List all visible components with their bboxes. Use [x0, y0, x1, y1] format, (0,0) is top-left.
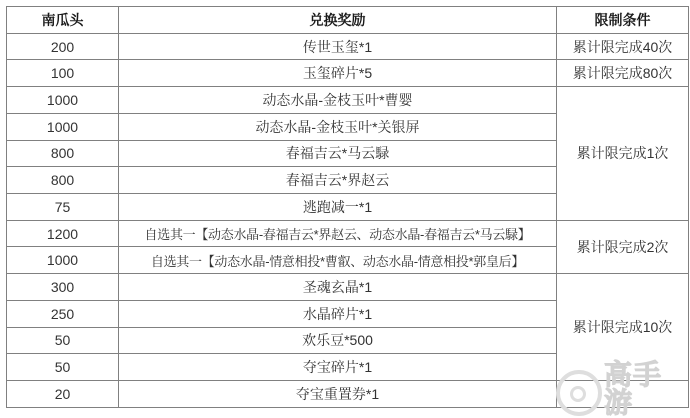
restriction-cell: 累计限完成1次 — [557, 87, 689, 221]
cost-cell: 100 — [7, 60, 119, 87]
cost-cell: 250 — [7, 300, 119, 327]
reward-cell: 传世玉玺*1 — [119, 33, 557, 60]
cost-cell: 50 — [7, 327, 119, 354]
reward-cell: 水晶碎片*1 — [119, 300, 557, 327]
reward-cell: 动态水晶-金枝玉叶*关银屏 — [119, 113, 557, 140]
header-row: 南瓜头 兑换奖励 限制条件 — [7, 7, 689, 34]
restriction-cell: 累计限完成2次 — [557, 220, 689, 273]
cost-cell: 75 — [7, 194, 119, 221]
reward-cell: 春福吉云*马云騄 — [119, 140, 557, 167]
cost-cell: 200 — [7, 33, 119, 60]
cost-cell: 1000 — [7, 87, 119, 114]
table-row: 200 传世玉玺*1 累计限完成40次 — [7, 33, 689, 60]
restriction-cell: 累计限完成80次 — [557, 60, 689, 87]
cost-cell: 20 — [7, 381, 119, 408]
restriction-cell-empty — [557, 381, 689, 408]
header-restriction: 限制条件 — [557, 7, 689, 34]
cost-cell: 300 — [7, 274, 119, 301]
reward-cell: 夺宝碎片*1 — [119, 354, 557, 381]
exchange-table: 南瓜头 兑换奖励 限制条件 200 传世玉玺*1 累计限完成40次 100 玉玺… — [6, 6, 689, 408]
table-row: 20 夺宝重置券*1 — [7, 381, 689, 408]
reward-cell: 玉玺碎片*5 — [119, 60, 557, 87]
table-row: 1000 动态水晶-金枝玉叶*曹婴 累计限完成1次 — [7, 87, 689, 114]
table-row: 1200 自选其一【动态水晶-春福吉云*界赵云、动态水晶-春福吉云*马云騄】 累… — [7, 220, 689, 247]
cost-cell: 1200 — [7, 220, 119, 247]
restriction-cell: 累计限完成40次 — [557, 33, 689, 60]
reward-cell: 自选其一【动态水晶-情意相投*曹叡、动态水晶-情意相投*郭皇后】 — [119, 247, 557, 274]
restriction-cell: 累计限完成10次 — [557, 274, 689, 381]
cost-cell: 50 — [7, 354, 119, 381]
reward-cell: 动态水晶-金枝玉叶*曹婴 — [119, 87, 557, 114]
reward-cell: 欢乐豆*500 — [119, 327, 557, 354]
reward-cell: 逃跑减一*1 — [119, 194, 557, 221]
screenshot-stage: 南瓜头 兑换奖励 限制条件 200 传世玉玺*1 累计限完成40次 100 玉玺… — [0, 0, 690, 418]
header-exchange-reward: 兑换奖励 — [119, 7, 557, 34]
header-pumpkin-head: 南瓜头 — [7, 7, 119, 34]
cost-cell: 800 — [7, 140, 119, 167]
table-row: 300 圣魂玄晶*1 累计限完成10次 — [7, 274, 689, 301]
cost-cell: 1000 — [7, 247, 119, 274]
reward-cell: 圣魂玄晶*1 — [119, 274, 557, 301]
reward-cell: 自选其一【动态水晶-春福吉云*界赵云、动态水晶-春福吉云*马云騄】 — [119, 220, 557, 247]
reward-cell: 春福吉云*界赵云 — [119, 167, 557, 194]
cost-cell: 800 — [7, 167, 119, 194]
table-row: 100 玉玺碎片*5 累计限完成80次 — [7, 60, 689, 87]
cost-cell: 1000 — [7, 113, 119, 140]
reward-cell: 夺宝重置券*1 — [119, 381, 557, 408]
